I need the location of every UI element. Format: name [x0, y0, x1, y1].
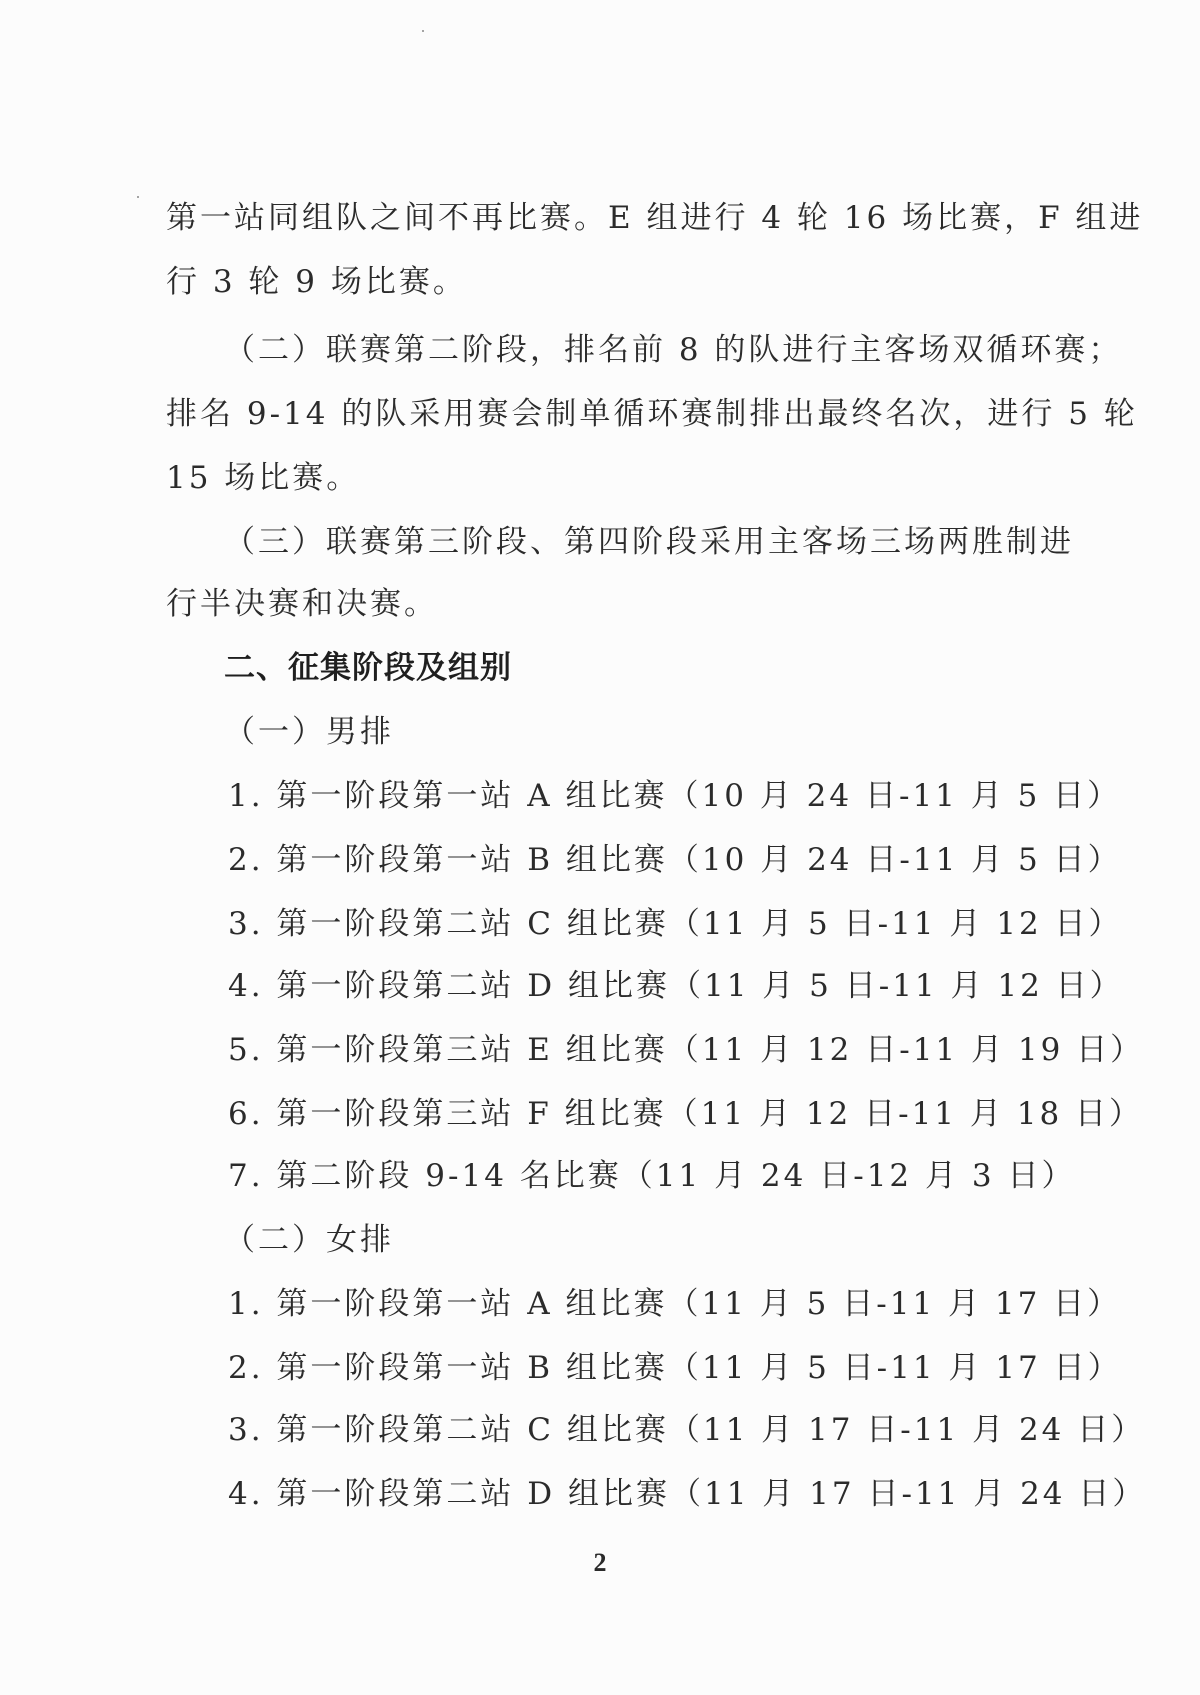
womens-list-item: 3. 第一阶段第二站 C 组比赛（11 月 17 日-11 月 24 日） [228, 1410, 1145, 1450]
paragraph-line: 15 场比赛。 [166, 458, 360, 498]
womens-list-item: 4. 第一阶段第二站 D 组比赛（11 月 17 日-11 月 24 日） [228, 1474, 1146, 1514]
section-heading: 二、征集阶段及组别 [224, 648, 512, 688]
mens-list-item: 2. 第一阶段第一站 B 组比赛（10 月 24 日-11 月 5 日） [228, 840, 1122, 880]
mens-list-item: 7. 第二阶段 9-14 名比赛（11 月 24 日-12 月 3 日） [228, 1156, 1075, 1196]
paragraph-line: 行 3 轮 9 场比赛。 [166, 262, 467, 302]
mens-volleyball-subheading: （一）男排 [224, 712, 394, 752]
paragraph-line: （三）联赛第三阶段、第四阶段采用主客场三场两胜制进 [224, 522, 1074, 562]
page-number: 2 [0, 1548, 1200, 1578]
mens-list-item: 6. 第一阶段第三站 F 组比赛（11 月 12 日-11 月 18 日） [228, 1094, 1143, 1134]
womens-volleyball-subheading: （二）女排 [224, 1220, 394, 1260]
paragraph-line: 第一站同组队之间不再比赛。E 组进行 4 轮 16 场比赛，F 组进 [166, 198, 1143, 238]
document-page: 第一站同组队之间不再比赛。E 组进行 4 轮 16 场比赛，F 组进 行 3 轮… [0, 0, 1200, 1695]
mens-list-item: 4. 第一阶段第二站 D 组比赛（11 月 5 日-11 月 12 日） [228, 966, 1124, 1006]
paragraph-line: 行半决赛和决赛。 [166, 584, 438, 624]
mens-list-item: 5. 第一阶段第三站 E 组比赛（11 月 12 日-11 月 19 日） [228, 1030, 1144, 1070]
paragraph-line: 排名 9-14 的队采用赛会制单循环赛制排出最终名次，进行 5 轮 [166, 394, 1138, 434]
womens-list-item: 1. 第一阶段第一站 A 组比赛（11 月 5 日-11 月 17 日） [228, 1284, 1121, 1324]
scan-speck [422, 30, 424, 32]
mens-list-item: 1. 第一阶段第一站 A 组比赛（10 月 24 日-11 月 5 日） [228, 776, 1121, 816]
mens-list-item: 3. 第一阶段第二站 C 组比赛（11 月 5 日-11 月 12 日） [228, 904, 1123, 944]
womens-list-item: 2. 第一阶段第一站 B 组比赛（11 月 5 日-11 月 17 日） [228, 1348, 1122, 1388]
paragraph-line: （二）联赛第二阶段，排名前 8 的队进行主客场双循环赛； [224, 330, 1122, 370]
scan-speck [137, 196, 139, 198]
